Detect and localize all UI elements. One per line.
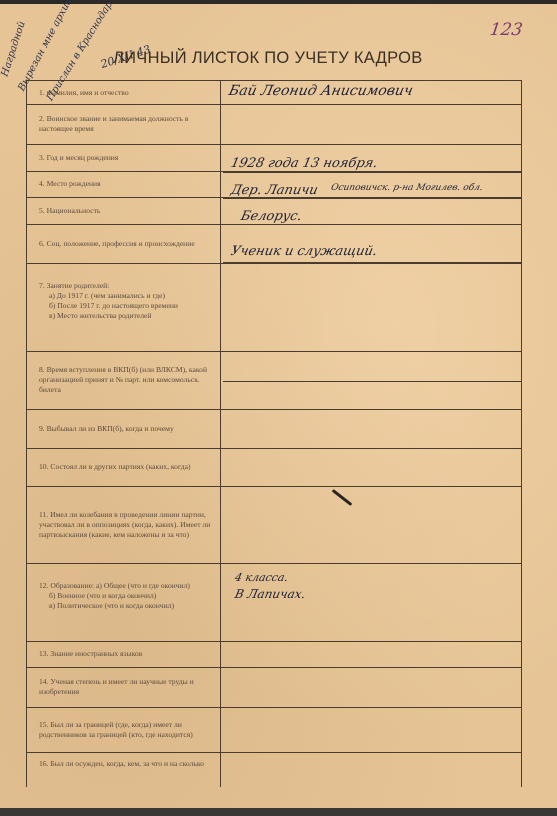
form-row-9: 9. Выбывал ли из ВКП(б), когда и почему: [27, 409, 521, 449]
form-row-12: 12. Образование: а) Общее (что и где око…: [27, 563, 521, 642]
row-value[interactable]: [223, 486, 521, 563]
handwritten-birthplace: Дер. Лапичи: [229, 183, 319, 198]
row-label: 9. Выбывал ли из ВКП(б), когда и почему: [27, 409, 221, 448]
row-label: 13. Знание иностранных языков: [27, 641, 221, 667]
form-row-10: 10. Состоял ли в других партиях (каких, …: [27, 448, 521, 487]
row-value[interactable]: Белорус.: [223, 197, 521, 224]
row-label: 5. Национальность: [27, 197, 221, 224]
form-row-7: 7. Занятие родителей: а) До 1917 г. (чем…: [27, 263, 521, 352]
row-value[interactable]: [223, 104, 521, 144]
row-value[interactable]: [223, 667, 521, 707]
row-value[interactable]: Ученик и служащий.: [223, 224, 521, 263]
form-table: 1. Фамилия, имя и отчество Бай Леонид Ан…: [26, 80, 522, 787]
row-label: 11. Имел ли колебания в проведении линии…: [27, 486, 221, 563]
row-value[interactable]: [223, 707, 521, 752]
form-row-15: 15. Был ли за границей (где, когда) имее…: [27, 707, 521, 753]
row-label: 16. Был ли осужден, когда, кем, за что и…: [27, 752, 221, 787]
form-row-8: 8. Время вступления в ВКП(б) (или ВЛКСМ)…: [27, 351, 521, 410]
handwritten-birthdate: 1928 года 13 ноября.: [229, 156, 379, 171]
form-row-3: 3. Год и месяц рождения 1928 года 13 ноя…: [27, 144, 521, 172]
handwritten-nationality: Белорус.: [239, 209, 303, 224]
handwritten-social-status: Ученик и служащий.: [229, 244, 378, 259]
row-value[interactable]: Бай Леонид Анисимович: [223, 81, 521, 104]
row-label: 8. Время вступления в ВКП(б) (или ВЛКСМ)…: [27, 351, 221, 409]
handwritten-name: Бай Леонид Анисимович: [227, 83, 414, 99]
handwritten-birthplace-district: Осиповичск. р-на Могилев. обл.: [330, 183, 484, 193]
handwritten-education: 4 класса.: [234, 571, 290, 584]
form-row-2: 2. Воинское звание и занимаемая должност…: [27, 104, 521, 145]
form-row-1: 1. Фамилия, имя и отчество Бай Леонид Ан…: [27, 81, 521, 105]
row-value[interactable]: [223, 641, 521, 667]
row-label: 15. Был ли за границей (где, когда) имее…: [27, 707, 221, 752]
row-value[interactable]: [223, 351, 521, 409]
row-label: 2. Воинское звание и занимаемая должност…: [27, 104, 221, 144]
row-value[interactable]: 1928 года 13 ноября.: [223, 144, 521, 171]
row-label: 4. Место рождения: [27, 171, 221, 197]
handwritten-education-place: В Лапичах.: [234, 587, 307, 601]
row-value[interactable]: [223, 752, 521, 787]
row-label: 10. Состоял ли в других партиях (каких, …: [27, 448, 221, 486]
row-value[interactable]: [223, 448, 521, 486]
row-label: 1. Фамилия, имя и отчество: [27, 81, 221, 104]
row-value[interactable]: 4 класса. В Лапичах.: [223, 563, 521, 641]
form-row-16: 16. Был ли осужден, когда, кем, за что и…: [27, 752, 521, 787]
row-value[interactable]: Дер. Лапичи Осиповичск. р-на Могилев. об…: [223, 171, 521, 197]
writing-guide-line: [223, 381, 521, 382]
form-row-5: 5. Национальность Белорус.: [27, 197, 521, 225]
form-row-14: 14. Ученая степень и имеет ли научные тр…: [27, 667, 521, 708]
row-label: 14. Ученая степень и имеет ли научные тр…: [27, 667, 221, 707]
form-row-11: 11. Имел ли колебания в проведении линии…: [27, 486, 521, 564]
row-label: 12. Образование: а) Общее (что и где око…: [27, 563, 221, 641]
row-value[interactable]: [223, 263, 521, 351]
row-label: 7. Занятие родителей: а) До 1917 г. (чем…: [27, 263, 221, 351]
row-label: 3. Год и месяц рождения: [27, 144, 221, 171]
document-title: ЛИЧНЫЙ ЛИСТОК ПО УЧЕТУ КАДРОВ: [113, 49, 423, 68]
page-number: 123: [489, 20, 524, 40]
scan-background: [0, 808, 557, 816]
row-label: 6. Соц. положение, профессия и происхожд…: [27, 224, 221, 263]
form-row-6: 6. Соц. положение, профессия и происхожд…: [27, 224, 521, 264]
form-row-4: 4. Место рождения Дер. Лапичи Осиповичск…: [27, 171, 521, 198]
form-row-13: 13. Знание иностранных языков: [27, 641, 521, 668]
row-value[interactable]: [223, 409, 521, 448]
